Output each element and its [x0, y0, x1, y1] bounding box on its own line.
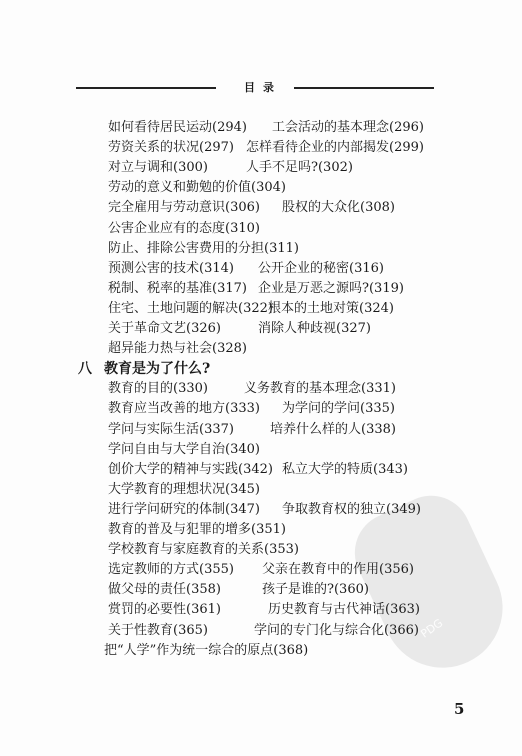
- toc-entry: 企业是万恶之源吗?(319): [258, 279, 404, 299]
- toc-row: 学问自由与大学自治(340): [0, 440, 522, 460]
- toc-entry: 创价大学的精神与实践(342): [108, 460, 273, 480]
- page-header: 目录: [76, 79, 440, 95]
- toc-entry: 消除人种歧视(327): [258, 319, 371, 339]
- toc-entry: 住宅、土地问题的解决(322): [108, 299, 273, 319]
- toc-entry: 孩子是谁的?(360): [262, 580, 369, 600]
- toc-entry: 进行学问研究的体制(347): [108, 500, 260, 520]
- toc-entry: 做父母的责任(358): [108, 580, 221, 600]
- toc-entry: 如何看待居民运动(294): [108, 118, 247, 138]
- toc-entry: 为学问的学问(335): [282, 399, 395, 419]
- toc-row: 创价大学的精神与实践(342)私立大学的特质(343): [0, 460, 522, 480]
- chapter-heading: 八教育是为了什么?: [0, 359, 522, 379]
- toc-row: 教育应当改善的地方(333)为学问的学问(335): [0, 399, 522, 419]
- chapter-title: 教育是为了什么?: [104, 359, 210, 379]
- toc-entry: 赏罚的必要性(361): [108, 600, 221, 620]
- toc-entry: 教育应当改善的地方(333): [108, 399, 260, 419]
- toc-entry: 教育的目的(330): [108, 379, 208, 399]
- toc-entry: 对立与调和(300): [108, 158, 208, 178]
- toc-entry: 历史教育与古代神话(363): [268, 600, 420, 620]
- toc-entry: 劳动的意义和勤勉的价值(304): [108, 178, 286, 198]
- chapter-number: 八: [78, 359, 92, 379]
- toc-entry: 学校教育与家庭教育的关系(353): [108, 540, 299, 560]
- toc-row: 教育的普及与犯罪的增多(351): [0, 520, 522, 540]
- toc-row: 关于革命文艺(326)消除人种歧视(327): [0, 319, 522, 339]
- toc-entry: 公害企业应有的态度(310): [108, 219, 260, 239]
- header-title: 目录: [244, 79, 282, 95]
- header-rule-left: [76, 87, 216, 89]
- toc-row: 赏罚的必要性(361)历史教育与古代神话(363): [0, 600, 522, 620]
- header-rule-right: [294, 87, 434, 89]
- toc-entry: 人手不足吗?(302): [246, 158, 353, 178]
- toc-entry: 关于性教育(365): [108, 621, 208, 641]
- toc-row: 公害企业应有的态度(310): [0, 219, 522, 239]
- toc-entry: 争取教育权的独立(349): [282, 500, 421, 520]
- toc-entry: 关于革命文艺(326): [108, 319, 221, 339]
- toc-entry: 根本的土地对策(324): [268, 299, 394, 319]
- toc-entry: 完全雇用与劳动意识(306): [108, 198, 260, 218]
- toc-row: 大学教育的理想状况(345): [0, 480, 522, 500]
- toc-row: 如何看待居民运动(294)工会活动的基本理念(296): [0, 118, 522, 138]
- toc-entry: 税制、税率的基准(317): [108, 279, 247, 299]
- book-page: 目录 PDG 如何看待居民运动(294)工会活动的基本理念(296)劳资关系的状…: [0, 0, 522, 756]
- toc-row: 关于性教育(365)学问的专门化与综合化(366): [0, 621, 522, 641]
- toc-row: 学问与实际生活(337)培养什么样的人(338): [0, 420, 522, 440]
- toc-row: 做父母的责任(358)孩子是谁的?(360): [0, 580, 522, 600]
- toc-row: 进行学问研究的体制(347)争取教育权的独立(349): [0, 500, 522, 520]
- toc-row: 税制、税率的基准(317)企业是万恶之源吗?(319): [0, 279, 522, 299]
- toc-entry: 劳资关系的状况(297): [108, 138, 234, 158]
- toc-entry: 预测公害的技术(314): [108, 259, 234, 279]
- toc-entry: 学问自由与大学自治(340): [108, 440, 260, 460]
- toc-entry: 教育的普及与犯罪的增多(351): [108, 520, 286, 540]
- toc-entry: 怎样看待企业的内部揭发(299): [246, 138, 424, 158]
- toc-row: 教育的目的(330)义务教育的基本理念(331): [0, 379, 522, 399]
- page-number: 5: [454, 700, 464, 718]
- toc-row: 学校教育与家庭教育的关系(353): [0, 540, 522, 560]
- toc-row: 把“人学”作为统一综合的原点(368): [0, 641, 522, 661]
- toc-entry: 学问的专门化与综合化(366): [254, 621, 419, 641]
- toc-row: 对立与调和(300)人手不足吗?(302): [0, 158, 522, 178]
- toc-row: 预测公害的技术(314)公开企业的秘密(316): [0, 259, 522, 279]
- toc-entry: 私立大学的特质(343): [282, 460, 408, 480]
- toc-row: 超异能力热与社会(328): [0, 339, 522, 359]
- toc-entry: 大学教育的理想状况(345): [108, 480, 260, 500]
- toc-entry: 培养什么样的人(338): [270, 420, 396, 440]
- toc-entry: 义务教育的基本理念(331): [244, 379, 396, 399]
- toc-entry: 选定教师的方式(355): [108, 560, 234, 580]
- toc-entry: 父亲在教育中的作用(356): [262, 560, 414, 580]
- toc-entry: 工会活动的基本理念(296): [272, 118, 424, 138]
- toc-entry: 把“人学”作为统一综合的原点(368): [104, 641, 308, 661]
- toc-row: 防止、排除公害费用的分担(311): [0, 239, 522, 259]
- toc-entry: 学问与实际生活(337): [108, 420, 234, 440]
- toc-entry: 防止、排除公害费用的分担(311): [108, 239, 299, 259]
- toc-row: 完全雇用与劳动意识(306)股权的大众化(308): [0, 198, 522, 218]
- toc-entry: 超异能力热与社会(328): [108, 339, 247, 359]
- toc-row: 住宅、土地问题的解决(322)根本的土地对策(324): [0, 299, 522, 319]
- toc-row: 劳资关系的状况(297)怎样看待企业的内部揭发(299): [0, 138, 522, 158]
- toc-entry: 公开企业的秘密(316): [258, 259, 384, 279]
- toc-row: 劳动的意义和勤勉的价值(304): [0, 178, 522, 198]
- toc-row: 选定教师的方式(355)父亲在教育中的作用(356): [0, 560, 522, 580]
- toc-entry: 股权的大众化(308): [282, 198, 395, 218]
